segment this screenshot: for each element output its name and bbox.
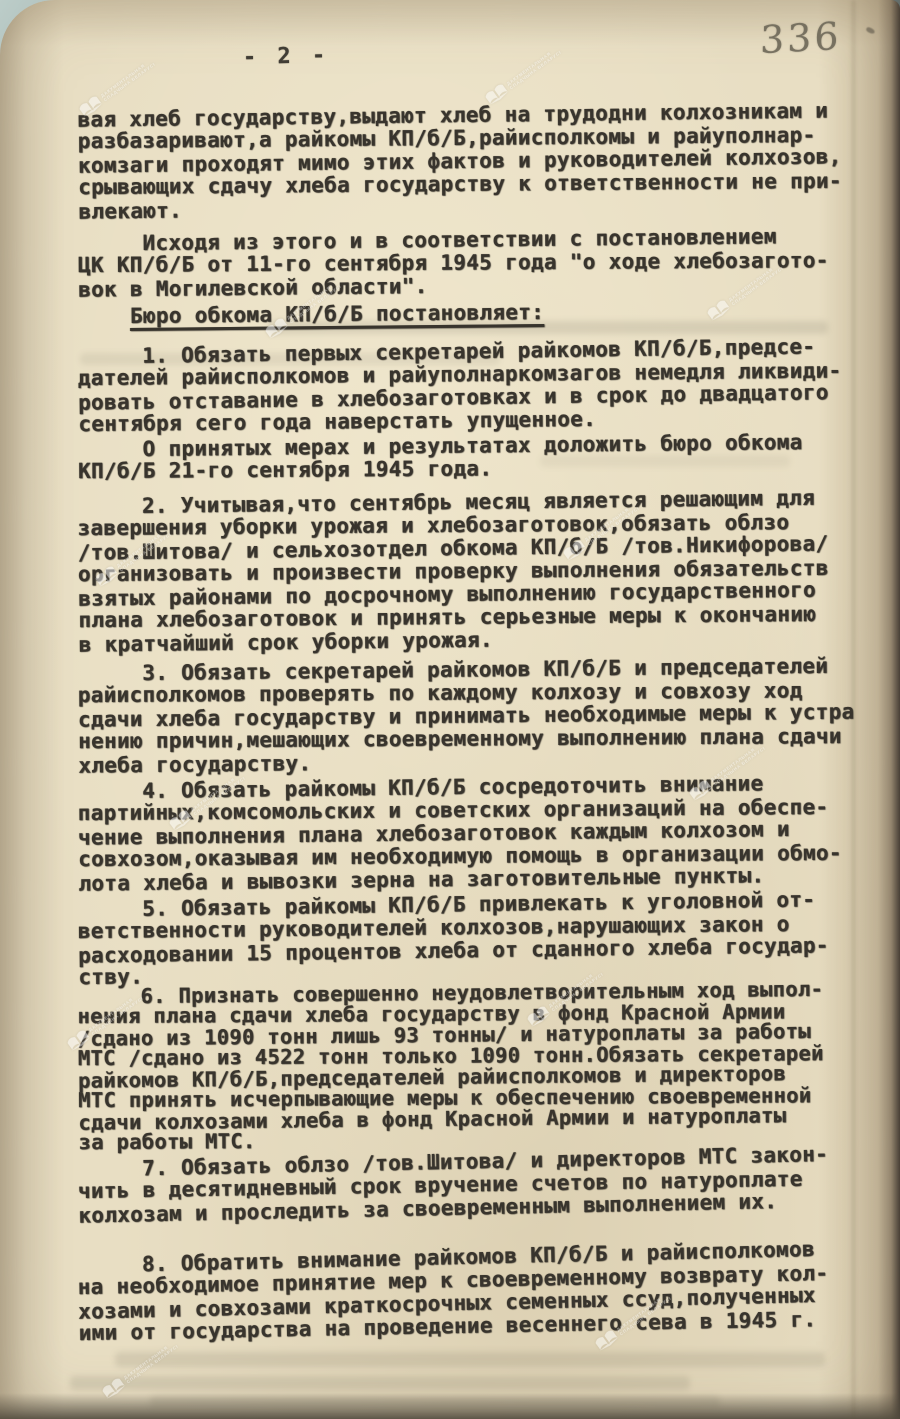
paragraph-intro-continuation: вая хлеб государству,выдают хлеб на труд… (77, 100, 878, 223)
document-body: вая хлеб государству,выдают хлеб на труд… (0, 0, 900, 1419)
paragraph-item-5: 5. Обязать райкомы КП/б/Б привлекать к у… (77, 888, 878, 990)
resolution-heading: Бюро обкома КП/б/Б постановляет: (78, 297, 900, 328)
paragraph-item-7: 7. Обязать облзо /тов.Шитова/ и директор… (77, 1143, 878, 1227)
paragraph-item-1: 1. Обязать первых секретарей райкомов КП… (77, 335, 878, 437)
paragraph-item-2: 2. Учитывая,что сентябрь месяц является … (77, 487, 879, 656)
document-page: - 2 - 336 вая хлеб государству,выдают хл… (0, 0, 900, 1419)
text-line: Бюро обкома КП/б/Б постановляет: (130, 301, 544, 328)
paragraph-preamble: Исходя из этого и в соответствии с поста… (78, 225, 879, 301)
paragraph-item-6: 6. Признать совершенно неудовлетворитель… (77, 979, 878, 1154)
paragraph-item-8: 8. Обратить внимание райкомов КП/б/Б и р… (77, 1237, 879, 1346)
paragraph-item-1-note: О принятых мерах и результатах доложить … (78, 431, 878, 484)
scanned-archive-document: { "page": { "typed_page_number": "- 2 -"… (0, 0, 900, 1419)
paragraph-item-4: 4. Обязать райкомы КП/б/Б сосредоточить … (77, 772, 878, 895)
text-line: КП/б/Б 21-го сентября 1945 года. (78, 455, 878, 483)
paragraph-item-3: 3. Обязать секретарей райкомов КП/б/Б и … (77, 655, 878, 777)
